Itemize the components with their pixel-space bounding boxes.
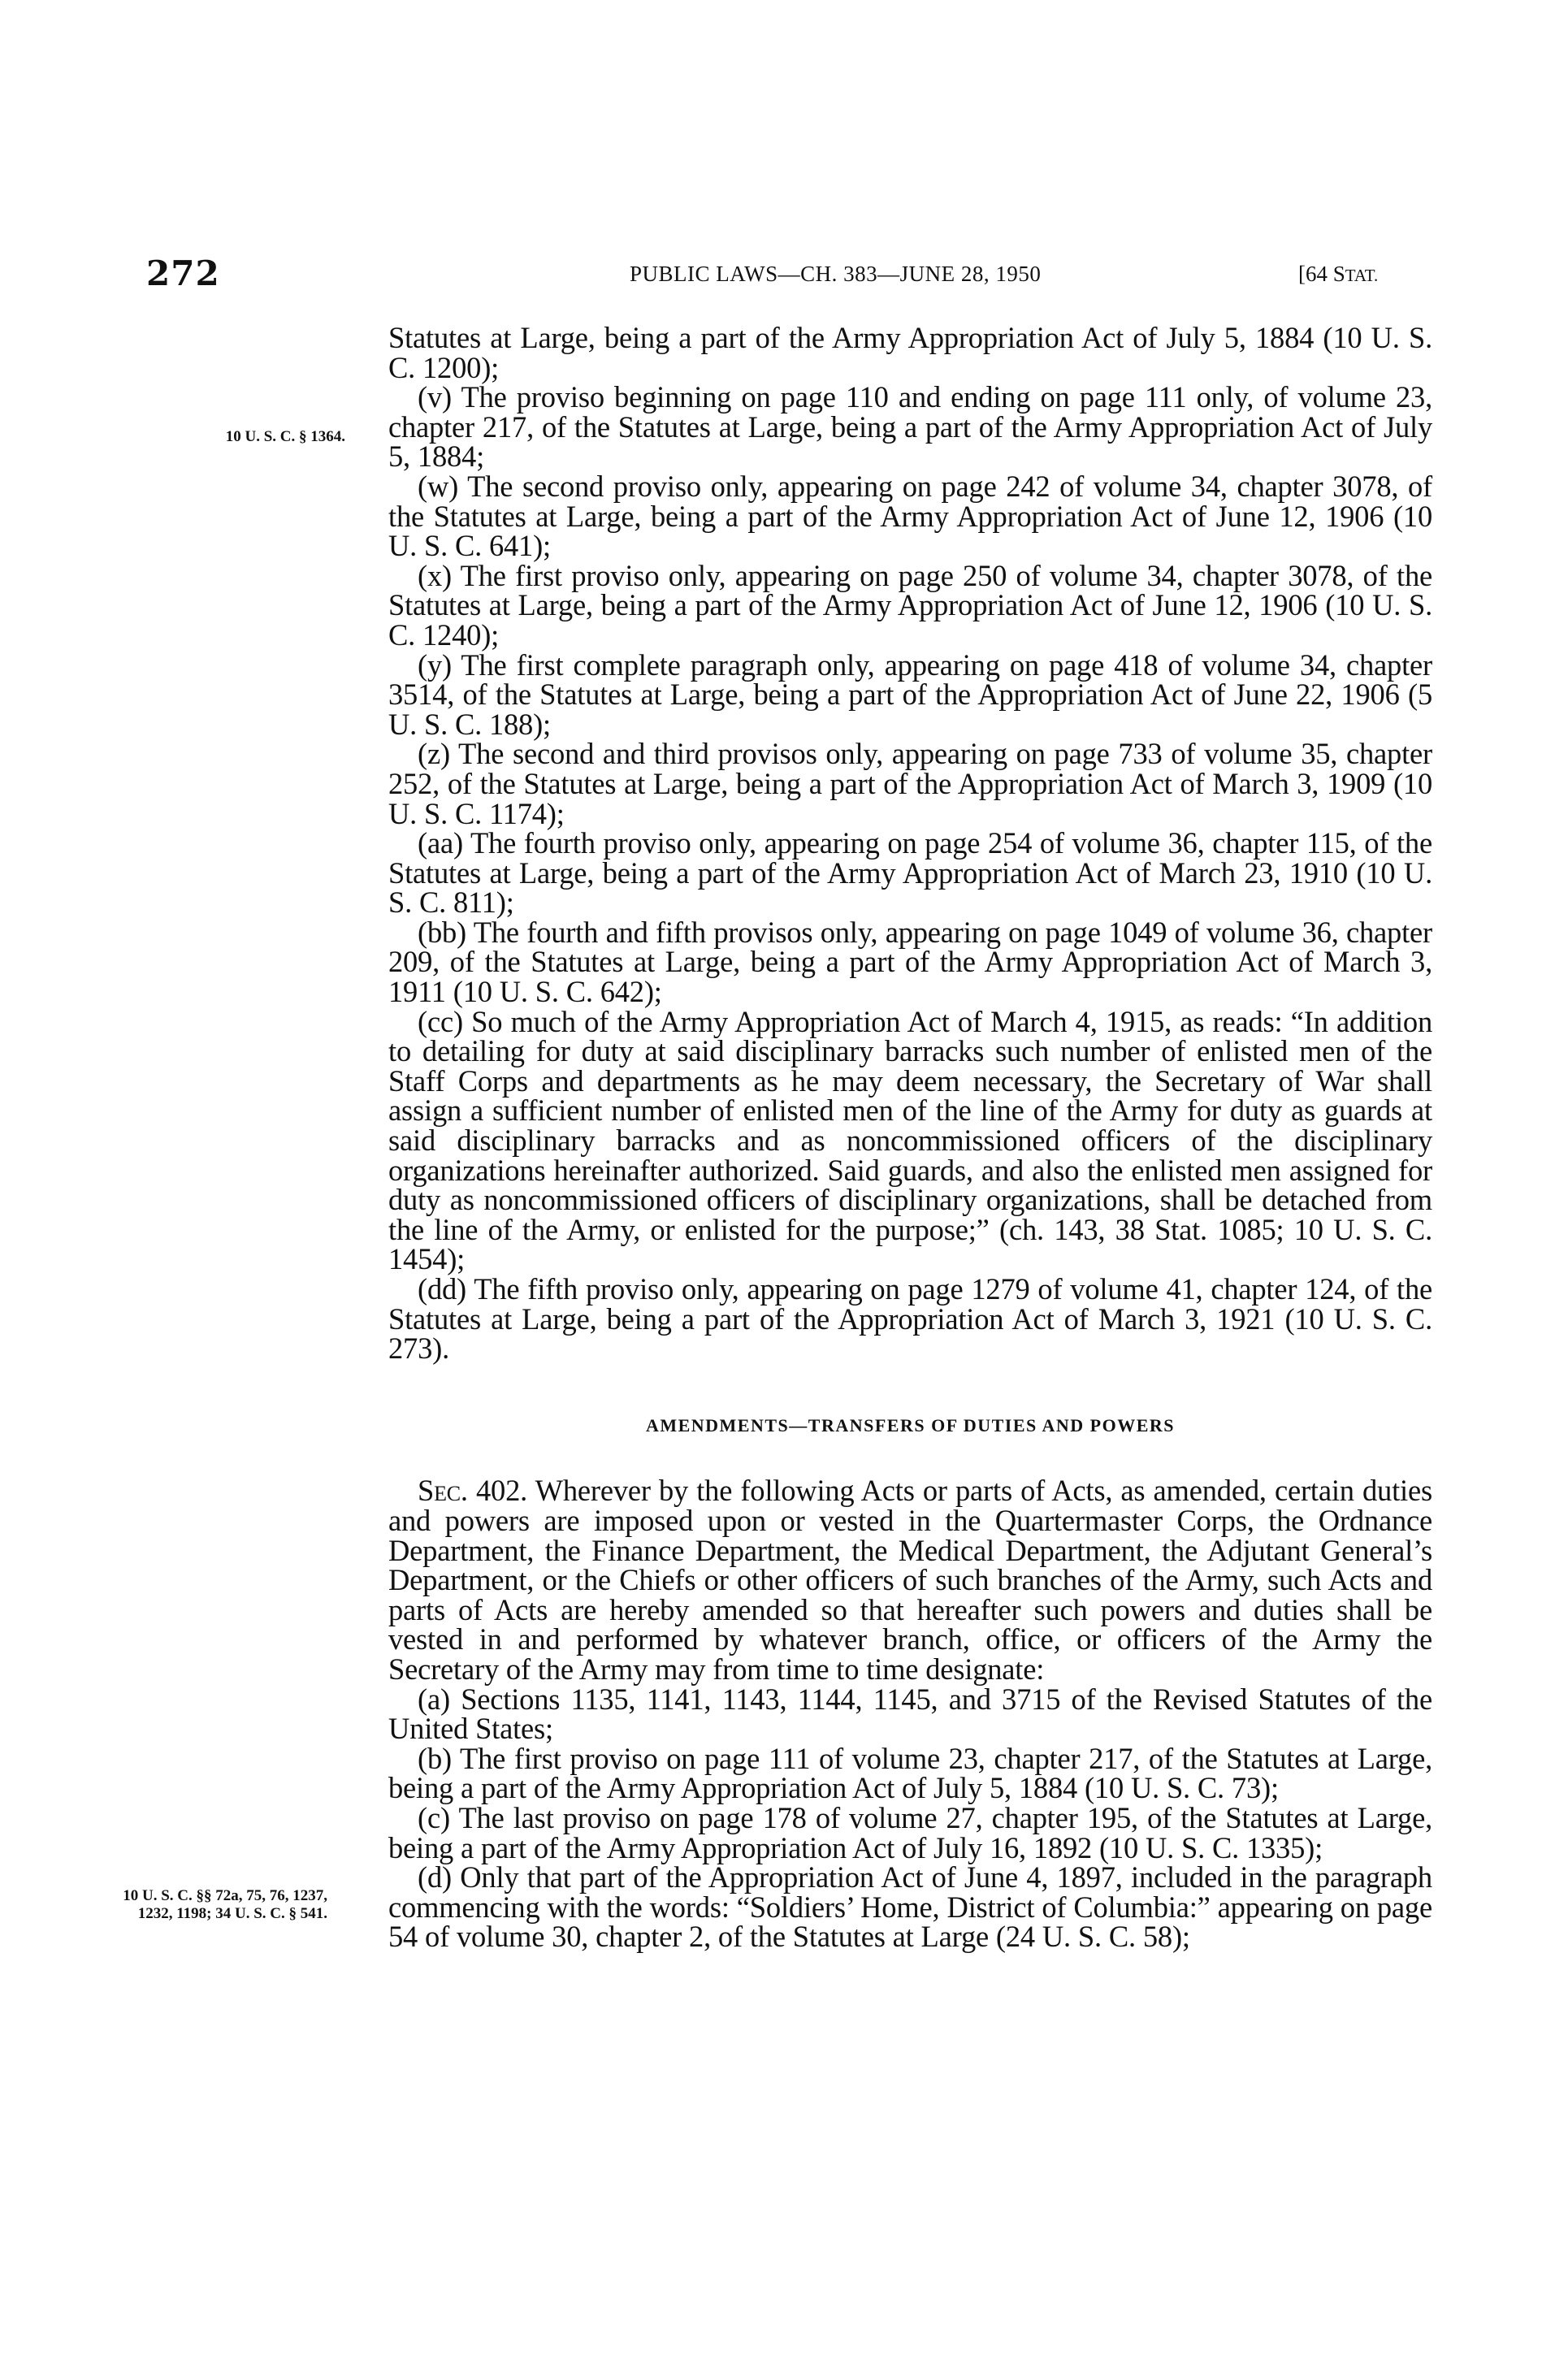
item-text: The first complete paragraph only, appea…: [388, 648, 1432, 741]
item-label: (y): [418, 648, 452, 682]
list-item: (cc) So much of the Army Appropriation A…: [388, 1007, 1432, 1275]
volume-ref-prefix: [64 S: [1298, 262, 1345, 286]
list-item: (c) The last proviso on page 178 of volu…: [388, 1804, 1432, 1863]
list-item: (y) The first complete paragraph only, a…: [388, 651, 1432, 740]
page-number: 272: [146, 253, 220, 293]
list-item: (a) Sections 1135, 1141, 1143, 1144, 114…: [388, 1685, 1432, 1744]
list-item: (v) The proviso beginning on page 110 an…: [388, 383, 1432, 472]
item-label: (v): [418, 380, 452, 414]
item-text: Sections 1135, 1141, 1143, 1144, 1145, a…: [388, 1682, 1432, 1746]
item-label: (a): [418, 1682, 450, 1716]
item-text: The fourth proviso only, appearing on pa…: [388, 826, 1432, 919]
item-label: (x): [418, 559, 452, 592]
section-text: Wherever by the following Acts or parts …: [388, 1474, 1432, 1686]
volume-reference: [64 STAT.: [1298, 262, 1378, 287]
section-heading: AMENDMENTS—TRANSFERS OF DUTIES AND POWER…: [388, 1411, 1432, 1441]
volume-ref-suffix: TAT.: [1345, 266, 1379, 285]
item-text: The first proviso only, appearing on pag…: [388, 559, 1432, 652]
section-paragraph: Sec. 402. Wherever by the following Acts…: [388, 1476, 1432, 1684]
item-label: (z): [418, 737, 450, 770]
item-label: (d): [418, 1860, 452, 1894]
list-item: (w) The second proviso only, appearing o…: [388, 472, 1432, 561]
margin-note: 10 U. S. C. §§ 72a, 75, 76, 1237, 1232, …: [97, 1887, 327, 1923]
margin-note: 10 U. S. C. § 1364.: [122, 428, 345, 446]
continued-paragraph: Statutes at Large, being a part of the A…: [388, 323, 1432, 383]
item-label: (dd): [418, 1272, 466, 1306]
item-text: The last proviso on page 178 of volume 2…: [388, 1801, 1432, 1864]
item-label: (aa): [418, 826, 463, 860]
item-label: (b): [418, 1742, 452, 1775]
list-item: (aa) The fourth proviso only, appearing …: [388, 829, 1432, 918]
item-label: (w): [418, 470, 458, 503]
item-label: (cc): [418, 1005, 463, 1038]
item-text: The second and third provisos only, appe…: [388, 737, 1432, 829]
section-label: Sec. 402.: [418, 1474, 527, 1507]
running-head: PUBLIC LAWS—CH. 383—JUNE 28, 1950: [630, 262, 1041, 287]
statute-body: Statutes at Large, being a part of the A…: [388, 323, 1432, 1952]
item-text: The fourth and fifth provisos only, appe…: [388, 916, 1432, 1008]
list-item: (d) Only that part of the Appropriation …: [388, 1863, 1432, 1952]
list-item: (z) The second and third provisos only, …: [388, 739, 1432, 829]
item-text: Only that part of the Appropriation Act …: [388, 1860, 1432, 1953]
list-item: (b) The first proviso on page 111 of vol…: [388, 1744, 1432, 1804]
list-item: (dd) The fifth proviso only, appearing o…: [388, 1275, 1432, 1364]
item-label: (bb): [418, 916, 466, 949]
item-text: The fifth proviso only, appearing on pag…: [388, 1272, 1432, 1365]
item-label: (c): [418, 1801, 450, 1834]
item-text: So much of the Army Appropriation Act of…: [388, 1005, 1432, 1276]
list-item: (x) The first proviso only, appearing on…: [388, 561, 1432, 651]
item-text: The second proviso only, appearing on pa…: [388, 470, 1432, 562]
list-item: (bb) The fourth and fifth provisos only,…: [388, 918, 1432, 1007]
item-text: The proviso beginning on page 110 and en…: [388, 380, 1432, 473]
item-text: The first proviso on page 111 of volume …: [388, 1742, 1432, 1805]
